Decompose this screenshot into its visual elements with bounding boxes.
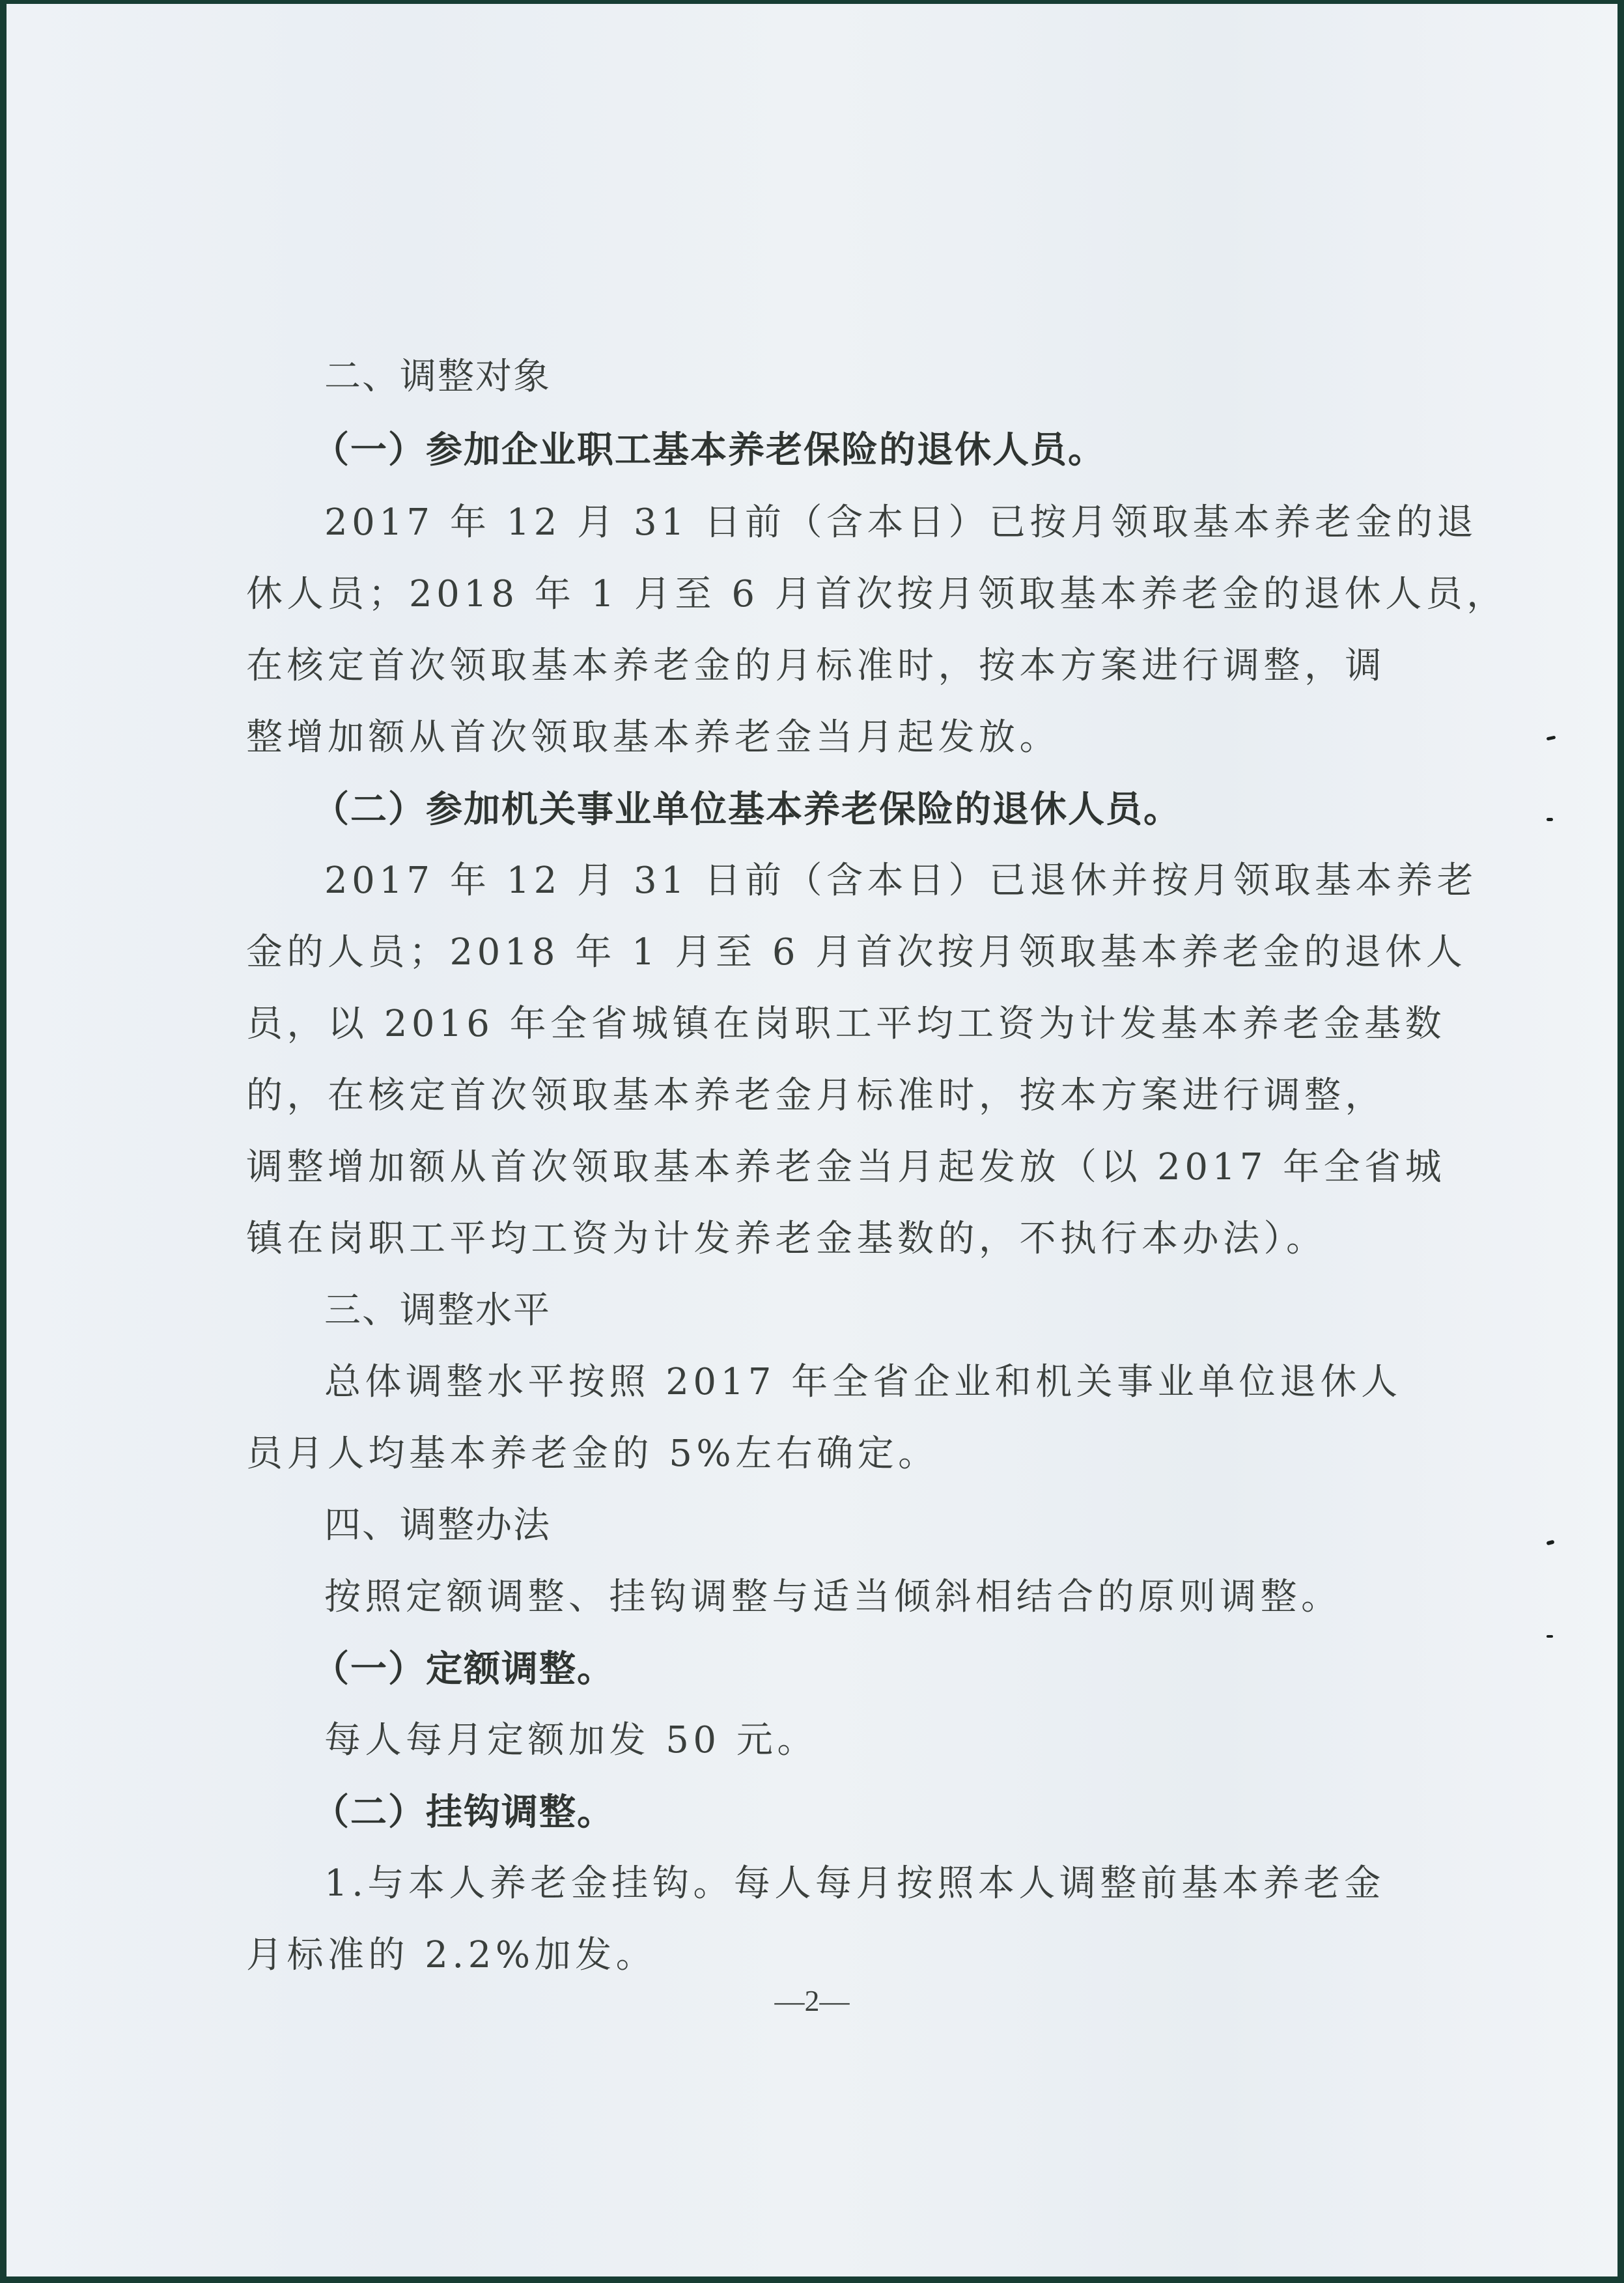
paragraph-line: 金的人员；2018 年 1 月至 6 月首次按月领取基本养老金的退休人 bbox=[246, 930, 1353, 975]
paragraph-line: 按照定额调整、挂钩调整与适当倾斜相结合的原则调整。 bbox=[324, 1575, 1431, 1620]
paragraph-line: 的，在核定首次领取基本养老金月标准时，按本方案进行调整， bbox=[246, 1073, 1353, 1119]
paragraph-line: 员，以 2016 年全省城镇在岗职工平均工资为计发基本养老金基数 bbox=[246, 1001, 1353, 1047]
section-heading-adjustment-level: 三、调整水平 bbox=[324, 1288, 1431, 1334]
paragraph-line: 每人每月定额加发 50 元。 bbox=[324, 1718, 1431, 1763]
scan-mark-decoration bbox=[1547, 1635, 1553, 1638]
paragraph-line: 员月人均基本养老金的 5%左右确定。 bbox=[246, 1431, 1353, 1477]
section-heading-adjustment-method: 四、调整办法 bbox=[324, 1503, 1431, 1548]
paragraph-line: 总体调整水平按照 2017 年全省企业和机关事业单位退休人 bbox=[324, 1360, 1431, 1405]
subsection-heading-enterprise-retirees: （一）参加企业职工基本养老保险的退休人员。 bbox=[313, 427, 1420, 473]
paragraph-line: 2017 年 12 月 31 日前（含本日）已退休并按月领取基本养老 bbox=[324, 858, 1431, 904]
subsection-heading-institution-retirees: （二）参加机关事业单位基本养老保险的退休人员。 bbox=[313, 787, 1420, 832]
document-page: 二、调整对象 （一）参加企业职工基本养老保险的退休人员。 2017 年 12 月… bbox=[7, 4, 1617, 2276]
scan-mark-decoration bbox=[1546, 1540, 1554, 1546]
subsection-heading-linked-adjustment: （二）挂钩调整。 bbox=[313, 1789, 1420, 1835]
paragraph-line: 休人员；2018 年 1 月至 6 月首次按月领取基本养老金的退休人员， bbox=[246, 572, 1353, 617]
subsection-heading-fixed-adjustment: （一）定额调整。 bbox=[313, 1646, 1420, 1692]
paragraph-line: 1.与本人养老金挂钩。每人每月按照本人调整前基本养老金 bbox=[324, 1861, 1431, 1907]
paragraph-line: 月标准的 2.2%加发。 bbox=[246, 1933, 1353, 1978]
page-number: —2— bbox=[7, 1983, 1617, 2018]
scan-mark-decoration bbox=[1547, 736, 1556, 741]
paragraph-line: 调整增加额从首次领取基本养老金当月起发放（以 2017 年全省城 bbox=[246, 1145, 1353, 1190]
paragraph-line: 在核定首次领取基本养老金的月标准时，按本方案进行调整，调 bbox=[246, 643, 1353, 689]
scan-mark-decoration bbox=[1547, 818, 1553, 821]
paragraph-line: 2017 年 12 月 31 日前（含本日）已按月领取基本养老金的退 bbox=[324, 500, 1431, 546]
paragraph-line: 整增加额从首次领取基本养老金当月起发放。 bbox=[246, 715, 1353, 761]
section-heading-adjustment-targets: 二、调整对象 bbox=[324, 354, 1431, 400]
paragraph-line: 镇在岗职工平均工资为计发养老金基数的，不执行本办法）。 bbox=[246, 1216, 1353, 1262]
